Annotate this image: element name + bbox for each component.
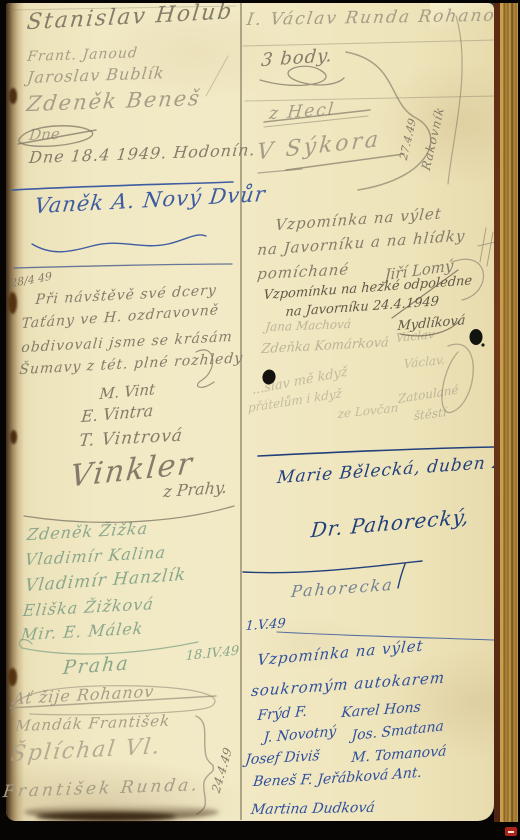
signature-vinkler-place: z Prahy. xyxy=(163,480,228,501)
signature-fryd-f: Frýd F. xyxy=(257,705,308,723)
signature-frant-janoud: Frant. Janoud xyxy=(27,46,139,64)
red-corner-mark xyxy=(505,827,517,836)
photo-bottom-border xyxy=(0,822,520,840)
column-divider-line xyxy=(240,3,242,820)
gutter-stain xyxy=(8,292,17,314)
title-vaclav-runda-rohanov: I. Václav Runda Rohanov xyxy=(246,7,509,29)
signature-jaroslav-bublik: Jaroslav Bublík xyxy=(26,65,165,86)
signature-josef-divis: Josef Diviš xyxy=(245,749,321,767)
faint-name-jana-machova: Jana Machová xyxy=(265,318,352,333)
ballpoint-date-1-v-49: 1.V.49 xyxy=(245,617,286,633)
book-page-edges xyxy=(500,0,518,832)
guestbook-page-scan: Stanislav Holub Frant. Janoud Jaroslav B… xyxy=(0,0,520,840)
signature-benes-f: Beneš F. xyxy=(252,773,313,789)
page-bottom-smudge-dark xyxy=(36,812,176,821)
red-corner-mark-dash xyxy=(508,831,514,833)
crossed-out-word: Dne xyxy=(28,127,60,143)
score-3-body: 3 body. xyxy=(260,47,333,70)
gutter-stain xyxy=(8,668,17,686)
green-group-place-praha: Praha xyxy=(62,654,131,678)
crossed-z-hecl: z Hecl xyxy=(268,101,336,123)
gutter-stain xyxy=(9,88,17,104)
faint-stesti: štěstí xyxy=(414,406,447,422)
signature-martina-dudkova: Martina Dudková xyxy=(250,801,376,817)
gutter-stain xyxy=(10,430,17,444)
photo-top-border xyxy=(0,0,520,3)
